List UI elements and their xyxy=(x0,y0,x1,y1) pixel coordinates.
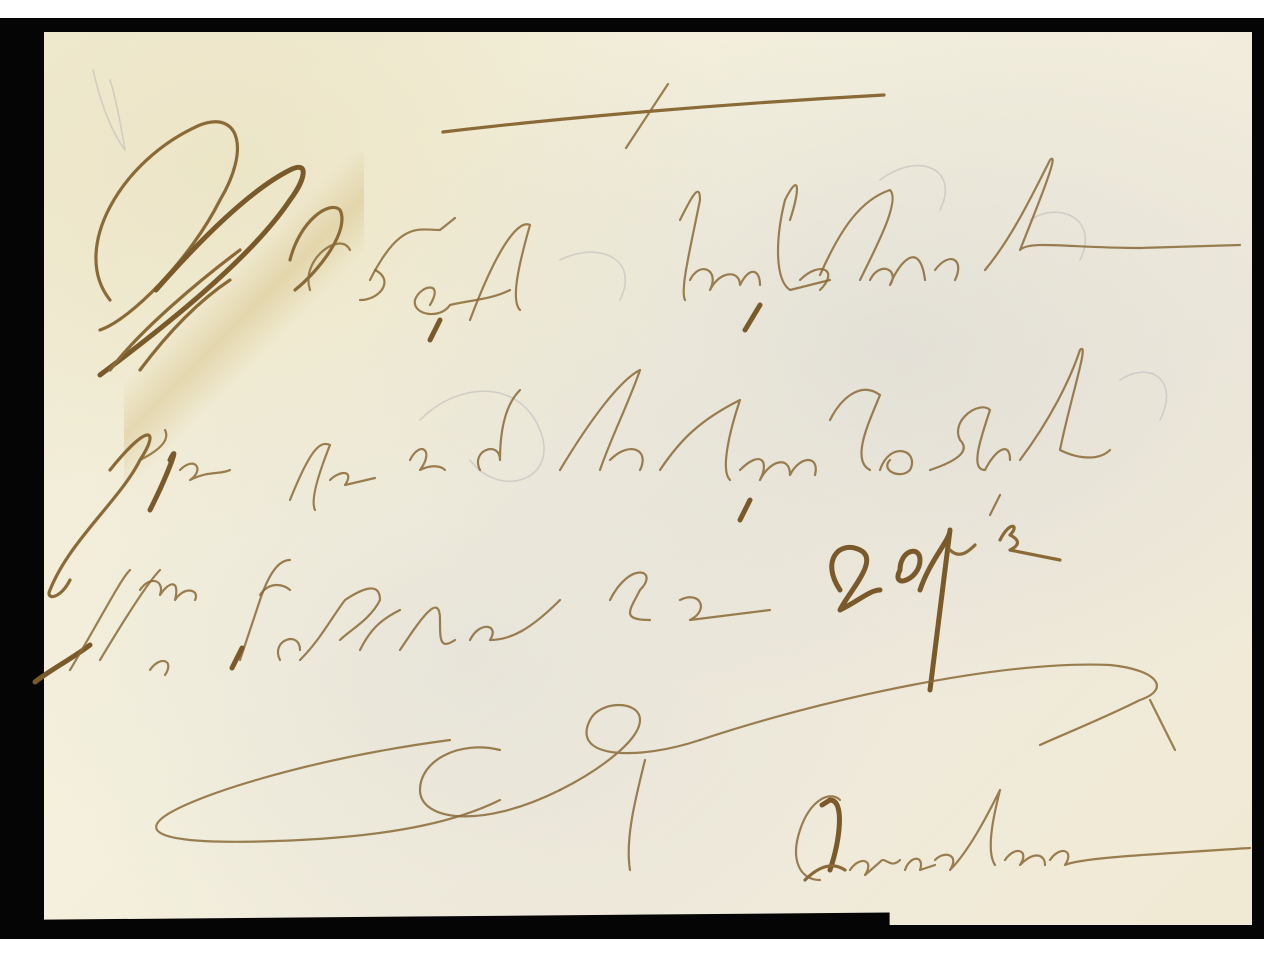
paraph-flourish xyxy=(156,665,1175,870)
handwriting-layer xyxy=(0,0,1276,956)
destination-barcelona xyxy=(796,790,1250,880)
address-line-1 xyxy=(96,122,1240,375)
address-line-2 xyxy=(49,349,1110,597)
pencil-mark xyxy=(93,70,125,150)
address-line-3 xyxy=(35,495,1060,690)
rate-mark xyxy=(443,84,884,148)
